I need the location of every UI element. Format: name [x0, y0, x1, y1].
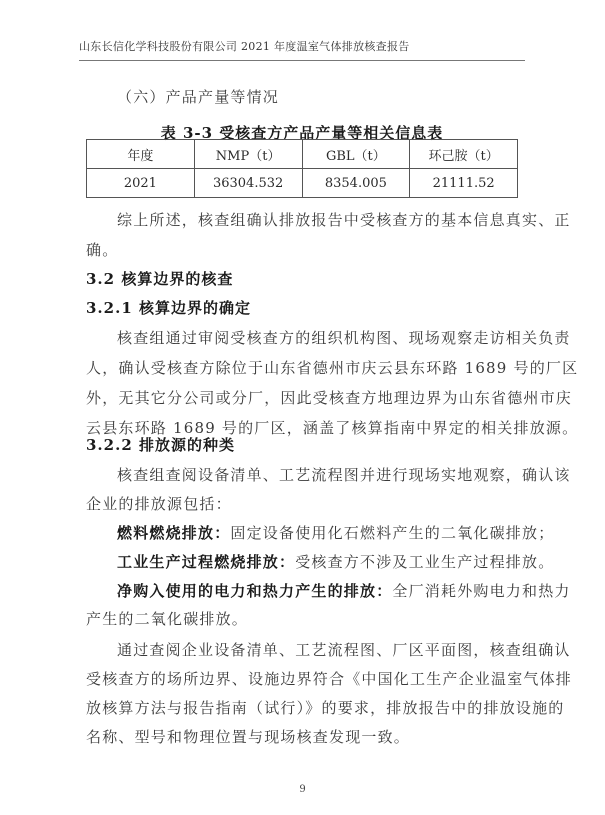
body-line: 名称、型号和物理位置与现场核查发现一致。	[86, 726, 518, 747]
section-heading-3-2-2: 3.2.2 排放源的种类	[86, 434, 235, 455]
emission-source-text: 固定设备使用化石燃料产生的二氧化碳排放；	[230, 524, 554, 542]
summary-line: 确。	[86, 239, 518, 260]
body-line: 企业的排放源包括：	[86, 493, 518, 514]
emission-source-label: 工业生产过程燃烧排放：	[117, 553, 295, 571]
section-heading-3-2-1: 3.2.1 核算边界的确定	[86, 297, 251, 318]
body-line: 核查组查阅设备清单、工艺流程图并进行现场实地观察，确认该	[117, 464, 549, 485]
emission-source-text: 受核查方不涉及工业生产过程排放。	[295, 553, 554, 571]
table-cell: 36304.532	[194, 169, 302, 198]
section-six-title: （六）产品产量等情况	[117, 86, 549, 107]
table-cell: 8354.005	[302, 169, 410, 198]
table-cell: 2021	[87, 169, 195, 198]
section-heading-3-2: 3.2 核算边界的核查	[86, 268, 233, 289]
page-header: 山东长信化学科技股份有限公司 2021 年度温室气体排放核查报告	[79, 38, 525, 61]
table-header-cell: 环己胺（t）	[410, 140, 518, 169]
table-header-cell: GBL（t）	[302, 140, 410, 169]
body-line: 产生的二氧化碳排放。	[86, 608, 518, 629]
emission-source-item: 燃料燃烧排放：固定设备使用化石燃料产生的二氧化碳排放；	[117, 522, 549, 543]
emission-source-text: 全厂消耗外购电力和热力	[392, 582, 570, 600]
emission-source-label: 净购入使用的电力和热力产生的排放：	[117, 582, 392, 600]
table-header-cell: 年度	[87, 140, 195, 169]
summary-line: 综上所述，核查组确认排放报告中受核查方的基本信息真实、正	[117, 209, 549, 230]
table-header-row: 年度 NMP（t） GBL（t） 环己胺（t）	[87, 140, 518, 169]
emission-source-item: 净购入使用的电力和热力产生的排放：全厂消耗外购电力和热力	[117, 580, 549, 601]
body-line: 外，无其它分公司或分厂，因此受核查方地理边界为山东省德州市庆	[86, 387, 518, 408]
emission-source-label: 燃料燃烧排放：	[117, 524, 230, 542]
page-number: 9	[0, 784, 605, 795]
table-cell: 21111.52	[410, 169, 518, 198]
body-line: 人，确认受核查方除位于山东省德州市庆云县东环路 1689 号的厂区	[86, 357, 518, 378]
body-line: 受核查方的场所边界、设施边界符合《中国化工生产企业温室气体排	[86, 668, 518, 689]
product-output-table: 年度 NMP（t） GBL（t） 环己胺（t） 2021 36304.532 8…	[86, 139, 518, 198]
table-row: 2021 36304.532 8354.005 21111.52	[87, 169, 518, 198]
body-line: 核查组通过审阅受核查方的组织机构图、现场观察走访相关负责	[117, 327, 549, 348]
table-header-cell: NMP（t）	[194, 140, 302, 169]
emission-source-item: 工业生产过程燃烧排放：受核查方不涉及工业生产过程排放。	[117, 551, 549, 572]
body-line: 放核算方法与报告指南（试行）》的要求，排放报告中的排放设施的	[86, 697, 518, 718]
body-line: 通过查阅企业设备清单、工艺流程图、厂区平面图，核查组确认	[117, 639, 549, 660]
